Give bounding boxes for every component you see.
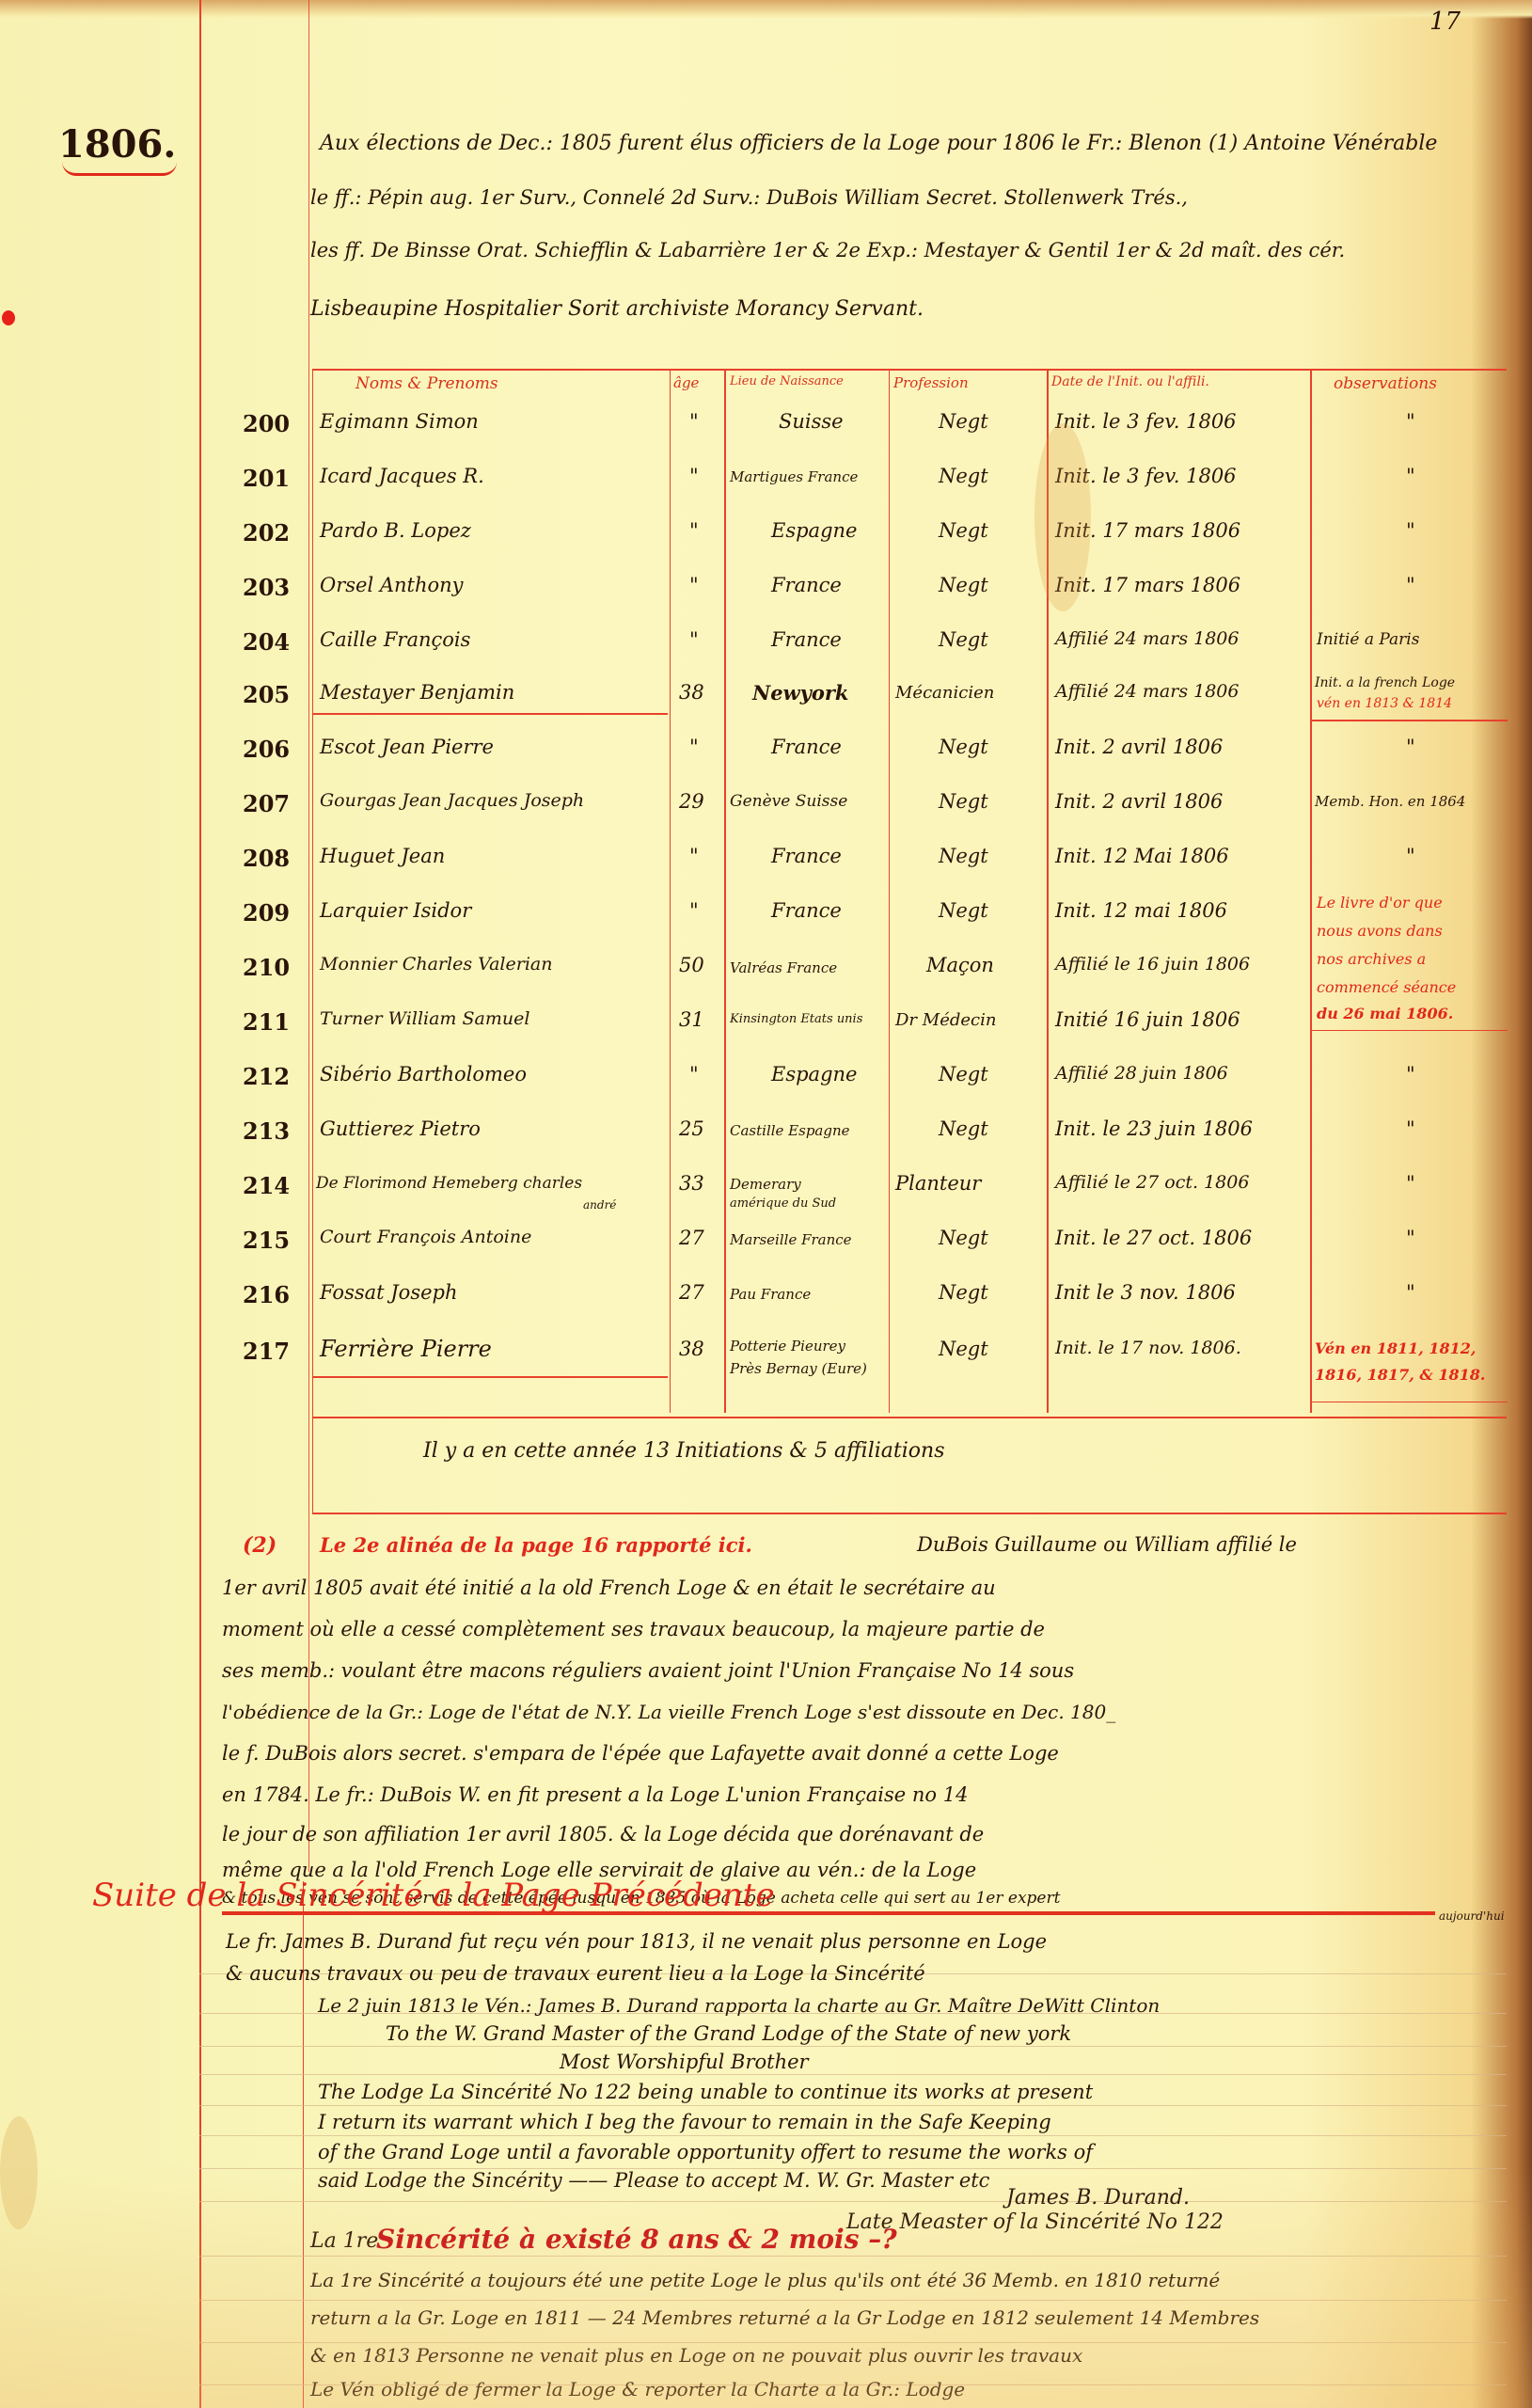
row-observation: ": [1406, 1172, 1415, 1195]
row-birthplace: Espagne: [771, 1063, 857, 1085]
row-name: Guttierez Pietro: [320, 1117, 481, 1140]
suite-line: & aucuns travaux ou peu de travaux euren…: [226, 1962, 925, 1985]
year-heading: 1806.: [58, 122, 176, 166]
row-birthplace: Genève Suisse: [730, 792, 847, 811]
row-birthplace: Demerary: [730, 1176, 801, 1193]
row-date: Init. le 27 oct. 1806: [1055, 1227, 1252, 1249]
row-age: ": [689, 736, 699, 758]
row-date: Init le 3 nov. 1806: [1055, 1281, 1236, 1304]
row-profession: Negt: [939, 628, 988, 651]
row-age: 50: [679, 954, 704, 976]
letter-signature: James B. Durand.: [1006, 2186, 1190, 2210]
row-age: ": [689, 519, 699, 542]
row-number: 210: [243, 954, 290, 981]
row-profession: Dr Médecin: [895, 1010, 996, 1030]
row-number: 213: [243, 1117, 290, 1145]
row-name: Orsel Anthony: [320, 574, 464, 596]
row-birthplace: Marseille France: [730, 1231, 852, 1248]
row-name: Monnier Charles Valerian: [320, 954, 552, 974]
closing-lead: La 1re: [310, 2229, 378, 2253]
row-date: Affilié le 16 juin 1806: [1055, 954, 1250, 974]
intro-line: les ff. De Binsse Orat. Schiefflin & Lab…: [310, 239, 1345, 261]
paper-stain: [0, 2116, 38, 2229]
row-date: Init. 2 avril 1806: [1055, 736, 1223, 758]
row-number: 212: [243, 1063, 290, 1090]
row-number: 217: [243, 1338, 290, 1365]
row-age: ": [689, 410, 699, 433]
row-number: 202: [243, 519, 290, 547]
row-profession: Negt: [939, 1338, 988, 1360]
closing-line: return a la Gr. Loge en 1811 — 24 Membre…: [310, 2306, 1259, 2329]
row-profession: Negt: [939, 465, 988, 487]
row-observation: ": [1406, 574, 1415, 596]
golden-book-note-line: nos archives a: [1317, 950, 1426, 968]
row-age: 31: [679, 1008, 704, 1031]
page-top-edge: [0, 0, 1532, 19]
col-header-age: âge: [673, 374, 699, 391]
footnote-line: moment où elle a cessé complètement ses …: [222, 1618, 1045, 1640]
row-profession: Negt: [939, 410, 988, 433]
row-number: 214: [243, 1172, 290, 1199]
letter-salutation: Most Worshipful Brother: [560, 2051, 809, 2073]
ruled-line: [199, 2256, 1507, 2257]
row-observation: Initié a Paris: [1317, 630, 1419, 649]
row-observation: Init. a la french Loge: [1315, 675, 1455, 690]
row-birthplace: Espagne: [771, 519, 857, 542]
closing-red-title: Sincérité à existé 8 ans & 2 mois –?: [376, 2224, 897, 2255]
row-age: ": [689, 628, 699, 651]
row-date: Affilié le 27 oct. 1806: [1055, 1172, 1249, 1193]
margin-rule-left: [199, 0, 201, 2408]
col-header-observations: observations: [1334, 374, 1437, 393]
row-profession: Negt: [939, 1227, 988, 1249]
row-age: ": [689, 465, 699, 487]
row-date: Affilié 28 juin 1806: [1055, 1063, 1228, 1084]
row-age: ": [689, 845, 699, 867]
row-name: Court François Antoine: [320, 1227, 531, 1247]
suite-line: Le 2 juin 1813 le Vén.: James B. Durand …: [318, 1994, 1160, 2017]
col-header-name: Noms & Prenoms: [355, 374, 498, 393]
row-date: Init. le 23 juin 1806: [1055, 1117, 1253, 1140]
ruled-line: [199, 2105, 1507, 2106]
golden-book-note-line: nous avons dans: [1317, 922, 1443, 940]
closing-line: & en 1813 Personne ne venait plus en Log…: [310, 2344, 1082, 2367]
row-name: Mestayer Benjamin: [320, 681, 514, 704]
row-observation: ": [1406, 736, 1415, 758]
row-birthplace: France: [771, 628, 842, 651]
row-observation: ": [1406, 1281, 1415, 1304]
row-profession: Negt: [939, 1117, 988, 1140]
year-summary: Il y a en cette année 13 Initiations & 5…: [423, 1439, 944, 1463]
ruled-line: [199, 2300, 1507, 2301]
row-name: Huguet Jean: [320, 845, 445, 867]
row-birthplace: France: [771, 899, 842, 922]
col-rule: [670, 369, 671, 1413]
row-age: 38: [679, 681, 704, 704]
row-profession: Negt: [939, 1063, 988, 1085]
closing-line: Le Vén obligé de fermer la Loge & report…: [310, 2378, 965, 2400]
row-number: 209: [243, 899, 290, 927]
footnote-line: en 1784. Le fr.: DuBois W. en fit presen…: [222, 1783, 968, 1806]
row-number: 208: [243, 845, 290, 872]
row-birthplace: France: [771, 574, 842, 596]
ruled-line: [199, 2342, 1507, 2343]
margin-rule-lower: [303, 1881, 304, 2408]
intro-line: Lisbeaupine Hospitalier Sorit archiviste…: [310, 297, 924, 321]
col-header-profession: Profession: [893, 374, 969, 391]
row-observation-red: vén en 1813 & 1814: [1317, 696, 1452, 711]
row-birthplace-sub: Près Bernay (Eure): [730, 1360, 867, 1377]
row-date: Init. 2 avril 1806: [1055, 790, 1223, 813]
letter-body-line: said Lodge the Sincérity —— Please to ac…: [318, 2169, 989, 2192]
row-observation: ": [1406, 845, 1415, 867]
row-date: Init. le 3 fev. 1806: [1055, 410, 1237, 433]
row-birthplace-sub: amérique du Sud: [730, 1196, 836, 1211]
row-profession: Planteur: [895, 1172, 981, 1195]
row-observation: ": [1406, 465, 1415, 487]
row-birthplace: Martigues France: [730, 468, 858, 485]
golden-book-note-line: commencé séance: [1317, 978, 1456, 996]
row-observation: ": [1406, 1117, 1415, 1140]
col-rule: [1310, 369, 1312, 1413]
row-birthplace: Suisse: [779, 410, 844, 433]
row-profession: Negt: [939, 845, 988, 867]
row-name: Turner William Samuel: [320, 1008, 529, 1029]
row-age: 27: [679, 1227, 704, 1249]
intro-line: le ff.: Pépin aug. 1er Surv., Connelé 2d…: [310, 186, 1188, 209]
table-bottom-rule: [312, 1417, 1507, 1418]
row-name: Caille François: [320, 628, 470, 651]
row-name: Escot Jean Pierre: [320, 736, 494, 758]
row-observation-red: Vén en 1811, 1812, 1816, 1817, & 1818.: [1315, 1336, 1503, 1388]
row-date: Affilié 24 mars 1806: [1055, 681, 1239, 702]
row-profession: Negt: [939, 574, 988, 596]
footnote-line: DuBois Guillaume ou William affilié le: [917, 1533, 1297, 1556]
footnote-trailing: aujourd'hui: [1439, 1909, 1505, 1923]
row-date: Init. 12 Mai 1806: [1055, 845, 1229, 867]
obs-divider: [1310, 1030, 1508, 1031]
col-header-birthplace: Lieu de Naissance: [730, 374, 844, 388]
row-profession: Maçon: [926, 954, 994, 976]
row-name: Fossat Joseph: [320, 1281, 458, 1304]
paper-stain: [1034, 423, 1091, 611]
row-observation: ": [1406, 1227, 1415, 1249]
row-profession: Negt: [939, 1281, 988, 1304]
row-name: Pardo B. Lopez: [320, 519, 471, 542]
row-birthplace: France: [771, 736, 842, 758]
row-profession: Negt: [939, 519, 988, 542]
letter-signature-title: Late Measter of la Sincérité No 122: [846, 2210, 1224, 2234]
row-birthplace: Castille Espagne: [730, 1122, 850, 1139]
row-number: 216: [243, 1281, 290, 1308]
col-header-date: Date de l'Init. ou l'affili.: [1051, 374, 1209, 389]
intro-line: Aux élections de Dec.: 1805 furent élus …: [320, 132, 1437, 155]
letter-body-line: I return its warrant which I beg the fav…: [318, 2111, 1051, 2133]
row-birthplace: Kinsington Etats unis: [730, 1012, 862, 1026]
col-rule: [312, 369, 313, 1513]
row-birthplace: Newyork: [752, 681, 848, 705]
row-age: 33: [679, 1172, 704, 1195]
row-birthplace: Valréas France: [730, 959, 837, 976]
row-age: 29: [679, 790, 704, 813]
row-number: 204: [243, 628, 290, 656]
row-profession: Negt: [939, 790, 988, 813]
row-birthplace: France: [771, 845, 842, 867]
row-observation: ": [1406, 410, 1415, 433]
footnote-line: le f. DuBois alors secret. s'empara de l…: [222, 1742, 1059, 1765]
row-date: Init. 12 mai 1806: [1055, 899, 1227, 922]
year-underline-brace: [62, 162, 177, 176]
row-observation: ": [1406, 519, 1415, 542]
footnote-line: 1er avril 1805 avait été initié a la old…: [222, 1576, 996, 1599]
row-number: 201: [243, 465, 290, 492]
table-top-rule: [312, 369, 1507, 371]
row-name: Ferrière Pierre: [320, 1336, 492, 1362]
row-age: ": [689, 574, 699, 596]
col-rule: [889, 369, 890, 1413]
row-number: 205: [243, 681, 290, 708]
row-age: ": [689, 1063, 699, 1085]
suite-line: Le fr. James B. Durand fut reçu vén pour…: [226, 1930, 1047, 1953]
row-date: Init. le 17 nov. 1806.: [1055, 1338, 1241, 1358]
ruled-line: [199, 2046, 1507, 2047]
row-number: 200: [243, 410, 290, 437]
footnote-red-lead: Le 2e alinéa de la page 16 rapporté ici.: [320, 1533, 752, 1557]
golden-book-note-line: du 26 mai 1806.: [1317, 1005, 1453, 1022]
footnote-line: le jour de son affiliation 1er avril 180…: [222, 1823, 984, 1846]
row-name: Sibério Bartholomeo: [320, 1063, 527, 1085]
row-profession: Negt: [939, 899, 988, 922]
row-divider: [312, 1376, 668, 1378]
letter-body-line: of the Grand Loge until a favorable oppo…: [318, 2141, 1093, 2163]
closing-line: La 1re Sincérité a toujours été une peti…: [310, 2269, 1220, 2291]
obs-divider: [1310, 1402, 1508, 1402]
row-number: 211: [243, 1008, 290, 1036]
row-name: Gourgas Jean Jacques Joseph: [320, 790, 584, 811]
ruled-line: [199, 2135, 1507, 2136]
letter-body-line: The Lodge La Sincérité No 122 being unab…: [318, 2081, 1093, 2103]
row-number: 207: [243, 790, 290, 817]
ruled-line: [199, 2201, 1507, 2202]
row-divider: [312, 713, 668, 715]
row-birthplace: Potterie Pieurey: [730, 1338, 845, 1354]
row-age: ": [689, 899, 699, 922]
row-name: Larquier Isidor: [320, 899, 471, 922]
row-name-sub: andré: [583, 1198, 616, 1212]
red-ink-dot: [2, 310, 15, 325]
row-observation: Memb. Hon. en 1864: [1315, 793, 1465, 810]
summary-bottom-rule: [312, 1513, 1507, 1514]
page-number: 17: [1429, 8, 1461, 36]
suite-heading: Suite de la Sincérité a la Page Précéden…: [92, 1877, 775, 1914]
row-name: De Florimond Hemeberg charles: [316, 1174, 582, 1193]
col-rule: [724, 369, 726, 1413]
row-number: 206: [243, 736, 290, 763]
ruled-line: [199, 2074, 1507, 2075]
row-profession: Mécanicien: [895, 683, 994, 703]
footnote-line: l'obédience de la Gr.: Loge de l'état de…: [222, 1701, 1115, 1723]
row-age: 38: [679, 1338, 704, 1360]
footnote-marker: (2): [243, 1533, 276, 1558]
row-name: Egimann Simon: [320, 410, 479, 433]
row-age: 27: [679, 1281, 704, 1304]
row-birthplace: Pau France: [730, 1286, 811, 1303]
golden-book-note-line: Le livre d'or que: [1317, 894, 1443, 911]
row-profession: Negt: [939, 736, 988, 758]
letter-address: To the W. Grand Master of the Grand Lodg…: [386, 2022, 1071, 2045]
row-observation: ": [1406, 1063, 1415, 1085]
row-number: 203: [243, 574, 290, 601]
row-date: Initié 16 juin 1806: [1055, 1008, 1240, 1031]
row-name: Icard Jacques R.: [320, 465, 484, 487]
row-date: Affilié 24 mars 1806: [1055, 628, 1239, 649]
footnote-line: ses memb.: voulant être macons réguliers…: [222, 1659, 1074, 1682]
row-age: 25: [679, 1117, 704, 1140]
obs-divider: [1310, 720, 1508, 721]
row-number: 215: [243, 1227, 290, 1254]
